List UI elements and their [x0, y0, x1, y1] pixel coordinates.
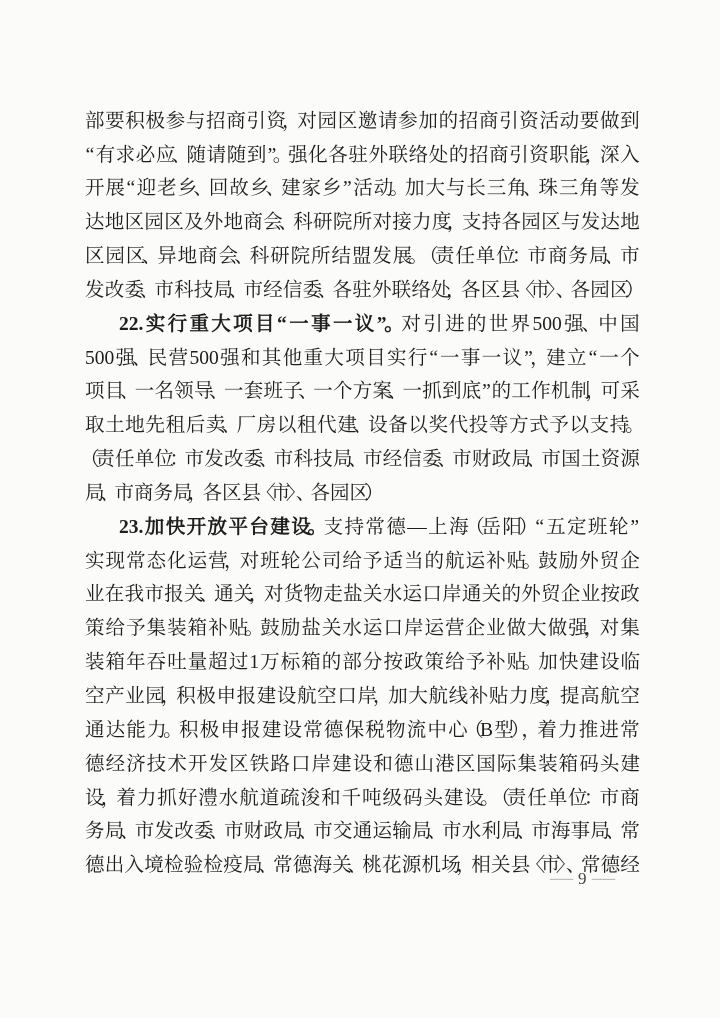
glyph: 政 — [620, 585, 640, 605]
glyph: 实 — [146, 315, 166, 335]
glyph: 区 — [338, 112, 358, 132]
glyph: 技 — [194, 281, 214, 301]
glyph: 租 — [166, 416, 186, 436]
glyph: 澧 — [198, 789, 218, 809]
glyph: 吐 — [167, 653, 187, 673]
glyph: 市 — [620, 247, 640, 267]
glyph: 、 — [432, 822, 442, 842]
glyph: 邀 — [358, 112, 378, 132]
glyph: 。 — [630, 416, 640, 436]
glyph: 实 — [85, 552, 105, 572]
glyph: 、 — [263, 856, 273, 876]
glyph: 、 — [233, 281, 243, 301]
text-line: 实现常态化运营，对班轮公司给予适当的航运补贴。鼓励外贸企 — [85, 544, 640, 578]
glyph: 贸 — [600, 552, 620, 572]
glyph: 参 — [166, 112, 186, 132]
text-line: 业在我市报关、通关，对货物走盐关水运口岸通关的外贸企业按政 — [85, 578, 640, 612]
glyph: ， — [535, 349, 545, 369]
glyph: 过 — [229, 653, 249, 673]
glyph: 做 — [548, 619, 568, 639]
glyph: 达 — [106, 721, 126, 741]
glyph: 给 — [106, 619, 126, 639]
glyph: 予 — [126, 619, 146, 639]
glyph: 装 — [85, 653, 105, 673]
glyph: 。 — [312, 518, 322, 538]
glyph: 商 — [489, 146, 509, 166]
glyph: 区 — [164, 213, 184, 233]
glyph: 1 — [249, 653, 259, 673]
glyph: 力 — [412, 213, 432, 233]
glyph: 、 — [146, 247, 156, 267]
glyph: 予 — [549, 416, 569, 436]
glyph: 、 — [105, 484, 115, 504]
glyph: 源 — [620, 450, 640, 470]
footer-dash-right: — — [591, 871, 614, 888]
glyph: 关 — [491, 856, 511, 876]
glyph: 开 — [187, 518, 207, 538]
glyph: 、 — [357, 416, 367, 436]
glyph: 吨 — [362, 789, 382, 809]
glyph: 物 — [386, 721, 406, 741]
glyph: 疏 — [280, 789, 300, 809]
glyph: 务 — [85, 822, 105, 842]
glyph: 水 — [342, 619, 362, 639]
glyph: 港 — [435, 755, 455, 775]
glyph: 方 — [509, 416, 529, 436]
glyph: 各 — [571, 281, 591, 301]
glyph: 鼓 — [260, 619, 280, 639]
glyph: 资 — [519, 112, 539, 132]
glyph: 和 — [321, 789, 341, 809]
glyph: 任 — [455, 247, 475, 267]
glyph: 。 — [527, 552, 537, 572]
glyph: 信 — [283, 281, 303, 301]
glyph: 、 — [392, 382, 402, 402]
glyph: 加 — [388, 687, 408, 707]
glyph: ， — [451, 281, 461, 301]
glyph: 家 — [302, 179, 322, 199]
glyph: 投 — [469, 416, 489, 436]
glyph: 改 — [224, 450, 244, 470]
text-line: 发改委、市科技局、市经信委、各驻外联络处，各区县〈市〉、各园区） — [85, 274, 640, 308]
glyph: ， — [461, 856, 471, 876]
glyph: 年 — [126, 653, 146, 673]
glyph: 、 — [609, 247, 619, 267]
glyph: 、 — [283, 213, 293, 233]
glyph: 航 — [445, 552, 465, 572]
glyph: 力 — [509, 687, 529, 707]
glyph: 活 — [539, 112, 559, 132]
glyph: 岸 — [312, 755, 332, 775]
glyph: 岸 — [404, 619, 424, 639]
glyph: 、 — [303, 822, 313, 842]
glyph: 商 — [226, 112, 246, 132]
glyph: 适 — [383, 552, 403, 572]
glyph: 参 — [398, 112, 418, 132]
glyph: 界 — [511, 315, 531, 335]
glyph: 、 — [442, 450, 452, 470]
glyph: 超 — [208, 653, 228, 673]
glyph: 抓 — [157, 789, 177, 809]
glyph: 市 — [531, 822, 551, 842]
glyph: 科 — [250, 247, 270, 267]
glyph: 平 — [228, 518, 248, 538]
glyph: 到 — [620, 112, 640, 132]
glyph: 。 — [168, 721, 178, 741]
glyph: 积 — [176, 687, 196, 707]
glyph: 化 — [308, 146, 328, 166]
glyph: 班 — [263, 382, 283, 402]
glyph: （ — [85, 450, 95, 470]
glyph: 定 — [567, 518, 587, 538]
glyph: 政 — [404, 653, 424, 673]
glyph: 接 — [392, 213, 412, 233]
glyph: 、 — [560, 281, 570, 301]
glyph: 以 — [569, 416, 589, 436]
glyph: 利 — [481, 822, 501, 842]
glyph: 集 — [517, 755, 537, 775]
glyph: 入 — [620, 146, 640, 166]
glyph: 可 — [601, 382, 621, 402]
glyph: 中 — [427, 721, 447, 741]
glyph: 航 — [429, 687, 449, 707]
glyph: 市 — [313, 822, 333, 842]
glyph: 国 — [476, 755, 496, 775]
glyph: 德 — [85, 755, 105, 775]
glyph: 市 — [224, 822, 244, 842]
glyph: 德 — [386, 518, 406, 538]
glyph: 对 — [297, 112, 317, 132]
glyph: 花 — [382, 856, 402, 876]
glyph: 求 — [116, 146, 136, 166]
glyph: 。 — [389, 315, 399, 335]
glyph: 、 — [352, 856, 362, 876]
text-line: 设，着力抓好澧水航道疏浚和千吨级码头建设。（责任单位：市商 — [85, 781, 640, 815]
glyph: 态 — [147, 552, 167, 572]
glyph: 开 — [85, 179, 105, 199]
glyph: 盐 — [301, 619, 321, 639]
glyph: 、 — [263, 450, 273, 470]
glyph: 与 — [446, 179, 466, 199]
glyph: ， — [287, 112, 297, 132]
glyph: 企 — [561, 585, 581, 605]
glyph: 请 — [378, 112, 398, 132]
glyph: 达 — [600, 213, 620, 233]
glyph: 结 — [331, 247, 351, 267]
glyph: 络 — [409, 146, 429, 166]
glyph: 加 — [145, 518, 165, 538]
glyph: 强 — [220, 349, 240, 369]
glyph: 运 — [188, 552, 208, 572]
glyph: 单 — [135, 450, 155, 470]
glyph: 发 — [372, 247, 392, 267]
glyph: 支 — [462, 213, 482, 233]
glyph: 进 — [445, 315, 465, 335]
glyph: 对 — [372, 213, 392, 233]
glyph: 大 — [211, 315, 231, 335]
glyph: 一 — [289, 315, 309, 335]
glyph: 临 — [620, 653, 640, 673]
glyph: 园 — [590, 281, 610, 301]
glyph: 国 — [620, 315, 640, 335]
glyph: 大 — [425, 179, 445, 199]
glyph: 营 — [445, 619, 465, 639]
glyph: 市 — [184, 450, 204, 470]
glyph: 产 — [105, 687, 125, 707]
glyph: 空 — [317, 687, 337, 707]
glyph: 极 — [200, 721, 220, 741]
glyph: ， — [254, 585, 264, 605]
glyph: 经 — [620, 856, 640, 876]
glyph: 发 — [581, 213, 601, 233]
glyph: 予 — [363, 552, 383, 572]
glyph: 发 — [209, 755, 229, 775]
glyph: 立 — [567, 349, 587, 369]
glyph: 取 — [85, 416, 105, 436]
glyph: 在 — [105, 585, 125, 605]
glyph: 商 — [134, 484, 154, 504]
glyph: 贴 — [489, 687, 509, 707]
glyph: 铁 — [250, 755, 270, 775]
glyph: 策 — [425, 653, 445, 673]
glyph: 奖 — [429, 416, 449, 436]
glyph: 有 — [96, 146, 116, 166]
glyph: 现 — [106, 552, 126, 572]
glyph: 、 — [214, 822, 224, 842]
text-line: 局、市商务局，各区县〈市〉、各园区） — [85, 477, 640, 511]
glyph: 机 — [421, 856, 441, 876]
glyph: 世 — [489, 315, 509, 335]
glyph: — — [407, 518, 427, 538]
glyph: 好 — [178, 789, 198, 809]
glyph: 事 — [461, 349, 481, 369]
page-number: 9 — [578, 869, 587, 889]
glyph: 名 — [154, 382, 174, 402]
glyph: 个 — [620, 349, 640, 369]
glyph: 市 — [541, 450, 561, 470]
glyph: 各 — [461, 281, 481, 301]
glyph: 必 — [136, 146, 156, 166]
glyph: 运 — [466, 552, 486, 572]
glyph: 、 — [353, 450, 363, 470]
glyph: 业 — [125, 687, 145, 707]
glyph: 单 — [476, 247, 496, 267]
text-line: 23.加快开放平台建设。支持常德—上海（岳阳）“五定班轮” — [85, 511, 640, 545]
glyph: 与 — [561, 213, 581, 233]
glyph: 对 — [401, 315, 421, 335]
glyph: 市 — [115, 484, 135, 504]
glyph: 标 — [281, 653, 301, 673]
glyph: 关 — [482, 585, 502, 605]
glyph: 申 — [220, 721, 240, 741]
page-footer: — 9 — — [554, 869, 611, 889]
glyph: 23. — [119, 518, 143, 538]
glyph: 技 — [147, 755, 167, 775]
glyph: 浚 — [301, 789, 321, 809]
glyph: 政 — [492, 450, 512, 470]
glyph: 联 — [389, 146, 409, 166]
glyph: 箱 — [106, 653, 126, 673]
text-line: 区园区、异地商会、科研院所结盟发展。（责任单位：市商务局、市 — [85, 240, 640, 274]
glyph: 常 — [365, 518, 385, 538]
glyph: 、 — [239, 247, 249, 267]
glyph: 引 — [423, 315, 443, 335]
glyph: （ — [470, 518, 480, 538]
glyph: 500 — [533, 315, 562, 335]
glyph: 。 — [394, 179, 404, 199]
glyph: 外 — [204, 213, 224, 233]
glyph: 建 — [281, 179, 301, 199]
glyph: 千 — [342, 789, 362, 809]
glyph: 口 — [422, 585, 442, 605]
glyph: 民 — [148, 349, 168, 369]
glyph: ” — [481, 382, 491, 402]
glyph: 鼓 — [538, 552, 558, 572]
glyph: 套 — [244, 382, 264, 402]
glyph: 事 — [311, 315, 331, 335]
glyph: ， — [549, 687, 559, 707]
glyph: 一 — [135, 382, 155, 402]
glyph: “ — [535, 518, 545, 538]
glyph: 。 — [527, 653, 537, 673]
glyph: 通 — [462, 585, 482, 605]
text-line: 500强、民营500强和其他重大项目实行“一事一议”，建立“一个 — [85, 341, 640, 375]
glyph: “ — [277, 315, 287, 335]
glyph: 策 — [85, 619, 105, 639]
glyph: 达 — [85, 213, 105, 233]
glyph: 招 — [459, 112, 479, 132]
glyph: 业 — [581, 585, 601, 605]
glyph: 线 — [449, 687, 469, 707]
glyph: 检 — [204, 856, 224, 876]
text-line: 项目、一名领导、一套班子、一个方案、一抓到底”的工作机制，可采 — [85, 375, 640, 409]
glyph: 区 — [222, 484, 242, 504]
glyph: 轮 — [609, 518, 629, 538]
glyph: 出 — [105, 856, 125, 876]
text-line: 通达能力。积极申报建设常德保税物流中心（B型），着力推进常 — [85, 714, 640, 748]
glyph: 以 — [408, 416, 428, 436]
glyph: 常 — [303, 721, 323, 741]
glyph: 异 — [157, 247, 177, 267]
glyph: 长 — [466, 179, 486, 199]
glyph: 设 — [353, 755, 373, 775]
glyph: 设 — [277, 687, 297, 707]
glyph: 设 — [283, 721, 303, 741]
glyph: 。 — [249, 619, 259, 639]
glyph: 建 — [620, 755, 640, 775]
glyph: 、 — [136, 349, 146, 369]
glyph: 务 — [568, 247, 588, 267]
glyph: 经 — [263, 281, 283, 301]
glyph: “ — [588, 349, 598, 369]
glyph: 进 — [599, 721, 619, 741]
glyph: 走 — [323, 585, 343, 605]
glyph: B — [480, 721, 493, 741]
glyph: 区 — [456, 755, 476, 775]
glyph: 装 — [167, 619, 187, 639]
glyph: 企 — [466, 619, 486, 639]
glyph: 建 — [332, 755, 352, 775]
glyph: 行 — [408, 349, 428, 369]
glyph: 支 — [324, 518, 344, 538]
glyph: 加 — [538, 653, 558, 673]
glyph: 项 — [233, 315, 253, 335]
glyph: 予 — [466, 653, 486, 673]
glyph: “ — [429, 349, 439, 369]
glyph: 建 — [262, 721, 282, 741]
glyph: 项 — [85, 382, 105, 402]
glyph: 司 — [322, 552, 342, 572]
glyph: 园 — [330, 484, 350, 504]
glyph: 和 — [241, 349, 261, 369]
glyph: 项 — [345, 349, 365, 369]
glyph: 改 — [174, 822, 194, 842]
text-line: 德经济技术开发区铁路口岸建设和德山港区国际集装箱码头建 — [85, 748, 640, 782]
glyph: 领 — [174, 382, 194, 402]
glyph: 集 — [620, 619, 640, 639]
glyph: 园 — [318, 112, 338, 132]
glyph: ， — [229, 552, 239, 572]
glyph: 对 — [264, 585, 284, 605]
glyph: 区 — [481, 281, 501, 301]
glyph: （ — [424, 247, 434, 267]
glyph: 市 — [528, 247, 548, 267]
glyph: 建 — [270, 518, 290, 538]
glyph: 量 — [188, 653, 208, 673]
glyph: 土 — [581, 450, 601, 470]
glyph: 联 — [392, 281, 412, 301]
glyph: 贸 — [541, 585, 561, 605]
glyph: 经 — [383, 450, 403, 470]
glyph: 一 — [440, 349, 460, 369]
text-line: 务局、市发改委、市财政局、市交通运输局、市水利局、市海事局、常 — [85, 815, 640, 849]
glyph: 抓 — [422, 382, 442, 402]
glyph: 他 — [283, 349, 303, 369]
glyph: 的 — [425, 552, 445, 572]
glyph: 市 — [135, 822, 155, 842]
glyph: 议 — [355, 315, 375, 335]
glyph: 分 — [363, 653, 383, 673]
glyph: ， — [589, 619, 599, 639]
glyph: 乡 — [322, 179, 342, 199]
glyph: 交 — [333, 822, 353, 842]
glyph: 园 — [105, 247, 125, 267]
text-line: 取土地先租后卖、厂房以租代建、设备以奖代投等方式予以支持。 — [85, 409, 640, 443]
glyph: ： — [589, 789, 599, 809]
glyph: 地 — [224, 213, 244, 233]
glyph: 院 — [333, 213, 353, 233]
glyph: 迎 — [137, 179, 157, 199]
glyph: 任 — [115, 450, 135, 470]
glyph: 我 — [125, 585, 145, 605]
glyph: ： — [517, 247, 527, 267]
glyph: 企 — [620, 552, 640, 572]
glyph: 税 — [365, 721, 385, 741]
glyph: 引 — [246, 112, 266, 132]
glyph: 责 — [95, 450, 115, 470]
glyph: 一 — [482, 349, 502, 369]
footer-dash-left: — — [550, 871, 573, 888]
glyph: 、 — [125, 382, 135, 402]
glyph: 力 — [558, 721, 578, 741]
glyph: 班 — [260, 552, 280, 572]
glyph: 个 — [333, 382, 353, 402]
glyph: 建 — [579, 653, 599, 673]
glyph: 外 — [579, 552, 599, 572]
glyph: 头 — [600, 755, 620, 775]
glyph: 回 — [209, 179, 229, 199]
glyph: 角 — [579, 179, 599, 199]
